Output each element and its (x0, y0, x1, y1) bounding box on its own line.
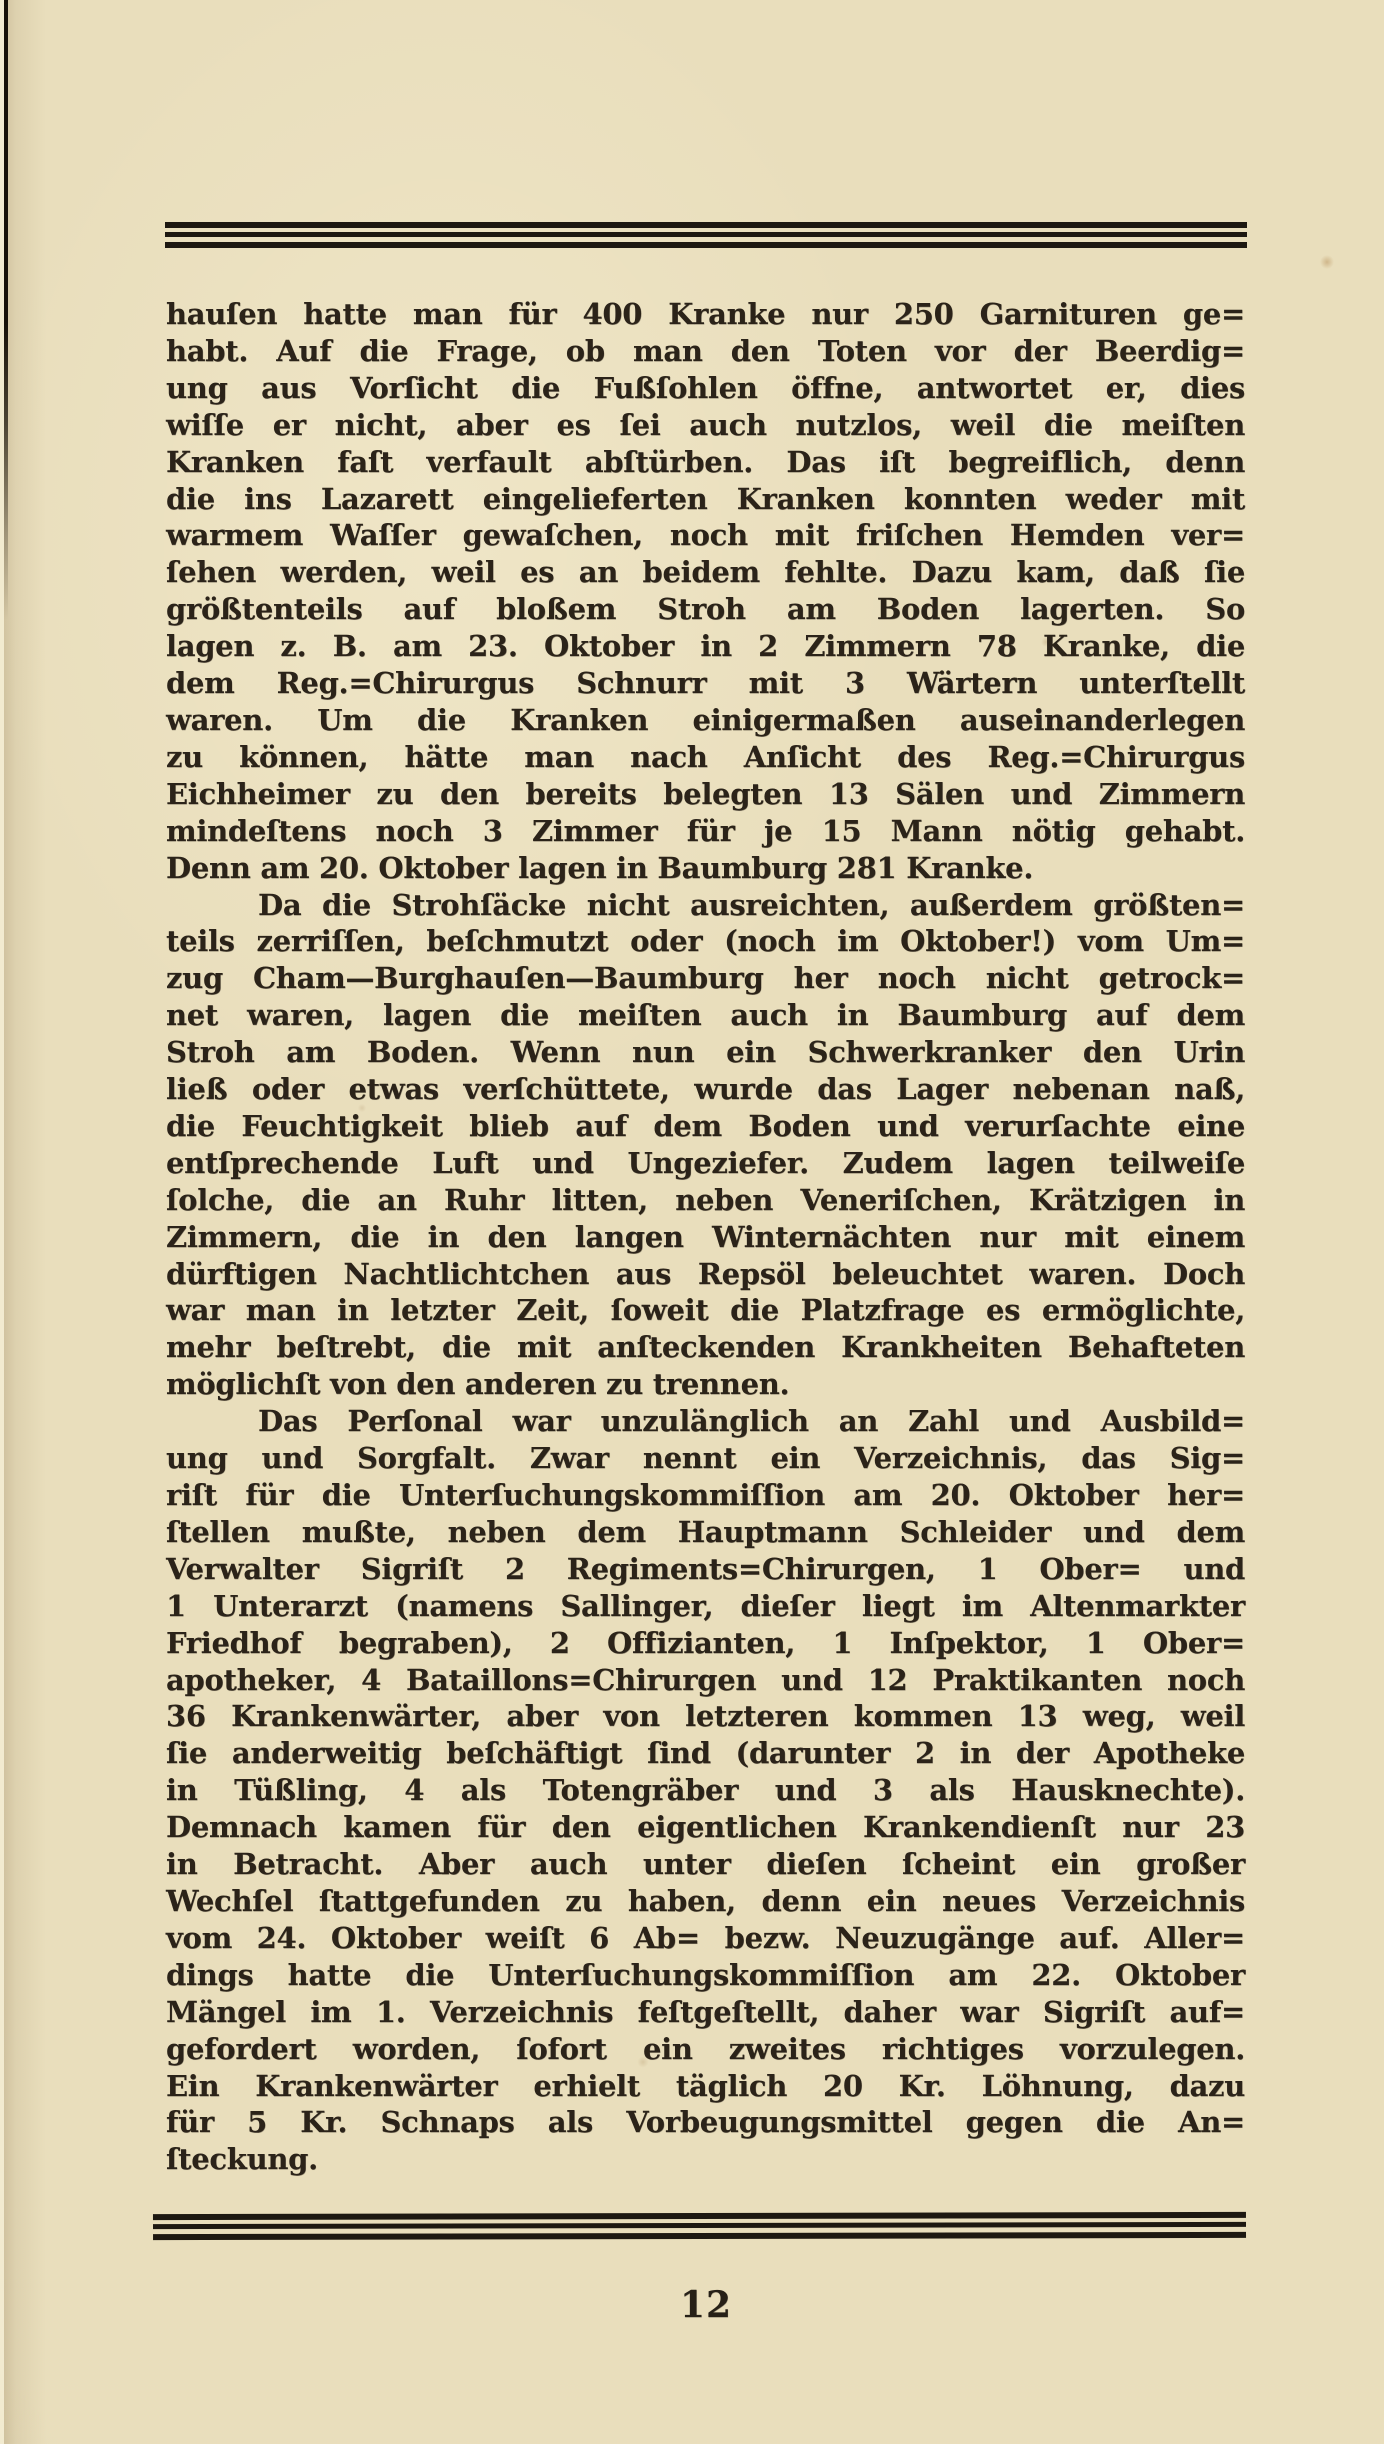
text-line: Stroh am Boden. Wenn nun ein Schwerkrank… (166, 1034, 1245, 1071)
text-line: ung aus Vorſicht die Fußſohlen öffne, an… (166, 370, 1245, 407)
text-line: in Tüßling, 4 als Totengräber und 3 als … (166, 1772, 1245, 1809)
text-line: habt. Auf die Frage, ob man den Toten vo… (166, 333, 1245, 370)
text-line: dings hatte die Unterſuchungskommiſſion … (166, 1957, 1245, 1994)
text-line: Denn am 20. Oktober lagen in Baumburg 28… (166, 850, 1245, 887)
text-line: warmem Waſſer gewaſchen, noch mit friſch… (166, 517, 1245, 554)
text-line: zug Cham—Burghauſen—Baumburg her noch ni… (166, 960, 1245, 997)
text-line: ung und Sorgfalt. Zwar nennt ein Verzeic… (166, 1440, 1245, 1477)
text-line: ließ oder etwas verſchüttete, wurde das … (166, 1071, 1245, 1108)
top-rule-bar (165, 242, 1247, 248)
text-line: vom 24. Oktober weiſt 6 Ab= bezw. Neuzug… (166, 1920, 1245, 1957)
text-line: entſprechende Luft und Ungeziefer. Zudem… (166, 1145, 1245, 1182)
text-line: teils zerriſſen, beſchmutzt oder (noch i… (166, 923, 1245, 960)
text-line: lagen z. B. am 23. Oktober in 2 Zimmern … (166, 628, 1245, 665)
text-line: dürftigen Nachtlichtchen aus Repsöl bele… (166, 1256, 1245, 1293)
bottom-rule (153, 2212, 1246, 2240)
text-line: Mängel im 1. Verzeichnis feſtgeſtellt, d… (166, 1994, 1245, 2031)
binding-edge-line (4, 0, 8, 620)
text-line: net waren, lagen die meiſten auch in Bau… (166, 997, 1245, 1034)
bottom-rule-bar (153, 2232, 1246, 2240)
text-line: Ein Krankenwärter erhielt täglich 20 Kr.… (166, 2068, 1245, 2105)
text-line: waren. Um die Kranken einigermaßen ausei… (166, 702, 1245, 739)
body-text: hauſen hatte man für 400 Kranke nur 250 … (166, 296, 1245, 2178)
text-line: Demnach kamen für den eigentlichen Krank… (166, 1809, 1245, 1846)
text-line: apotheker, 4 Bataillons=Chirurgen und 12… (166, 1662, 1245, 1699)
text-line: Da die Strohſäcke nicht ausreichten, auß… (166, 887, 1245, 924)
text-line: dem Reg.=Chirurgus Schnurr mit 3 Wärtern… (166, 665, 1245, 702)
text-line: Friedhof begraben), 2 Offizianten, 1 Inſ… (166, 1625, 1245, 1662)
text-line: Eichheimer zu den bereits belegten 13 Sä… (166, 776, 1245, 813)
top-rule-bar (165, 232, 1247, 237)
text-line: hauſen hatte man für 400 Kranke nur 250 … (166, 296, 1245, 333)
text-line: ſehen werden, weil es an beidem fehlte. … (166, 554, 1245, 591)
text-line: mehr beſtrebt, die mit anſteckenden Kran… (166, 1329, 1245, 1366)
top-rule-bar (165, 222, 1247, 228)
text-line: Das Perſonal war unzulänglich an Zahl un… (166, 1403, 1245, 1440)
text-line: ſteckung. (166, 2141, 1245, 2178)
text-line: in Betracht. Aber auch unter dieſen ſche… (166, 1846, 1245, 1883)
top-rule (165, 222, 1247, 248)
text-line: zu können, hätte man nach Anſicht des Re… (166, 739, 1245, 776)
page-number: 12 (165, 2284, 1247, 2326)
text-line: die Feuchtigkeit blieb auf dem Boden und… (166, 1108, 1245, 1145)
text-line: Zimmern, die in den langen Winternächten… (166, 1219, 1245, 1256)
text-line: die ins Lazarett eingelieferten Kranken … (166, 481, 1245, 518)
scanned-book-page: { "page": { "number": "12" }, "colors": … (0, 0, 1384, 2444)
text-line: 1 Unterarzt (namens Sallinger, dieſer li… (166, 1588, 1245, 1625)
text-line: war man in letzter Zeit, ſoweit die Plat… (166, 1292, 1245, 1329)
text-line: ſtellen mußte, neben dem Hauptmann Schle… (166, 1514, 1245, 1551)
text-line: gefordert worden, ſofort ein zweites ric… (166, 2031, 1245, 2068)
text-line: Verwalter Sigriſt 2 Regiments=Chirurgen,… (166, 1551, 1245, 1588)
text-line: größtenteils auf bloßem Stroh am Boden l… (166, 591, 1245, 628)
text-line: ſolche, die an Ruhr litten, neben Veneri… (166, 1182, 1245, 1219)
text-line: Wechſel ſtattgefunden zu haben, denn ein… (166, 1883, 1245, 1920)
text-line: riſt für die Unterſuchungskommiſſion am … (166, 1477, 1245, 1514)
bottom-rule-bar (153, 2212, 1246, 2220)
text-line: Kranken faſt verfault abſtürben. Das iſt… (166, 444, 1245, 481)
text-line: mindeſtens noch 3 Zimmer für je 15 Mann … (166, 813, 1245, 850)
text-line: möglichſt von den anderen zu trennen. (166, 1366, 1245, 1403)
text-line: 36 Krankenwärter, aber von letzteren kom… (166, 1698, 1245, 1735)
bottom-rule-bar (153, 2222, 1246, 2229)
text-line: wiſſe er nicht, aber es ſei auch nutzlos… (166, 407, 1245, 444)
text-line: ſie anderweitig beſchäftigt ſind (darunt… (166, 1735, 1245, 1772)
text-line: für 5 Kr. Schnaps als Vorbeugungsmittel … (166, 2104, 1245, 2141)
